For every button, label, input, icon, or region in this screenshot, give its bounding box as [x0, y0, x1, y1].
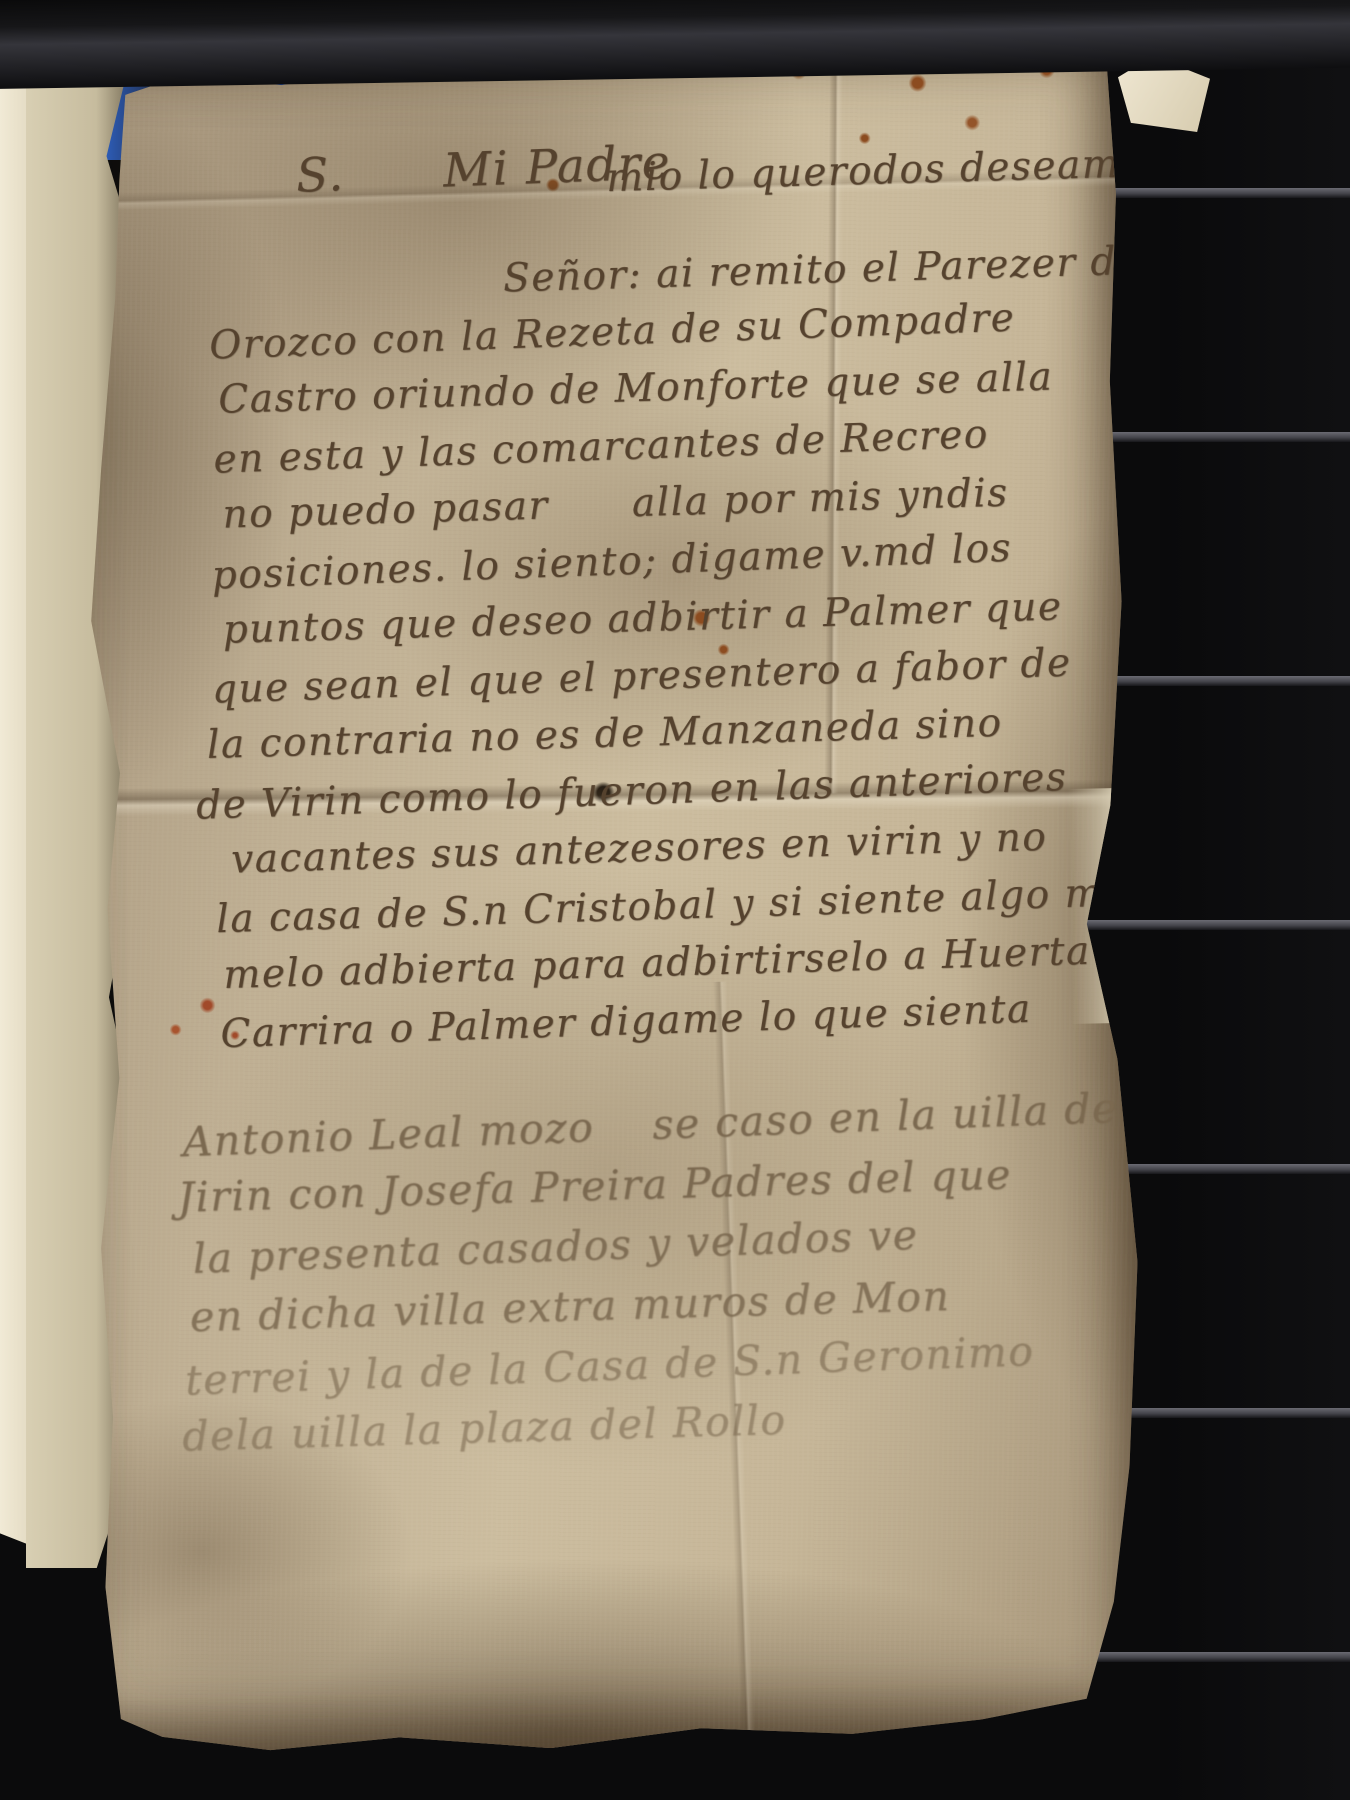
manuscript-line: mio lo querodos deseamos [606, 141, 1168, 202]
manuscript-line: Señor: ai remito el Parezer de [502, 239, 1142, 302]
manuscript-line: no puedo pasar alla por mis yndis [222, 471, 1009, 538]
manuscript-line: terrei y la de la Casa de S.n Geronimo [184, 1327, 1035, 1405]
manuscript-line: la presenta casados y velados ve [192, 1211, 919, 1283]
manuscript-line: dela uilla la plaza del Rollo [182, 1396, 788, 1461]
manuscript-line: Carrira o Palmer digame lo que sienta [220, 987, 1032, 1057]
manuscript-line: en dicha villa extra muros de Mon [189, 1272, 951, 1341]
manuscript-line: Orozco con la Rezeta de su Compadre [209, 296, 1016, 369]
dark-backdrop [1160, 60, 1350, 1800]
manuscript-line: melo adbierta para adbirtirselo a Huerta [223, 929, 1091, 998]
manuscript-line: puntos que deseo adbirtir a Palmer que [222, 584, 1063, 652]
manuscript-page: S. Mi Padre mio lo querodos deseamos Señ… [44, 42, 1154, 1757]
manuscript-line: la contraria no es de Manzaneda sino [206, 701, 1003, 768]
manuscript-line: en esta y las comarcantes de Recreo [213, 412, 990, 483]
manuscript-line: posiciones. lo siento; digame v.md los [211, 526, 1013, 599]
photo-scene: S. Mi Padre mio lo querodos deseamos Señ… [0, 0, 1350, 1800]
manuscript-line: Castro oriundo de Monforte que se alla [218, 355, 1054, 423]
manuscript-line: vacantes sus antezesores en virin y no [231, 815, 1048, 883]
